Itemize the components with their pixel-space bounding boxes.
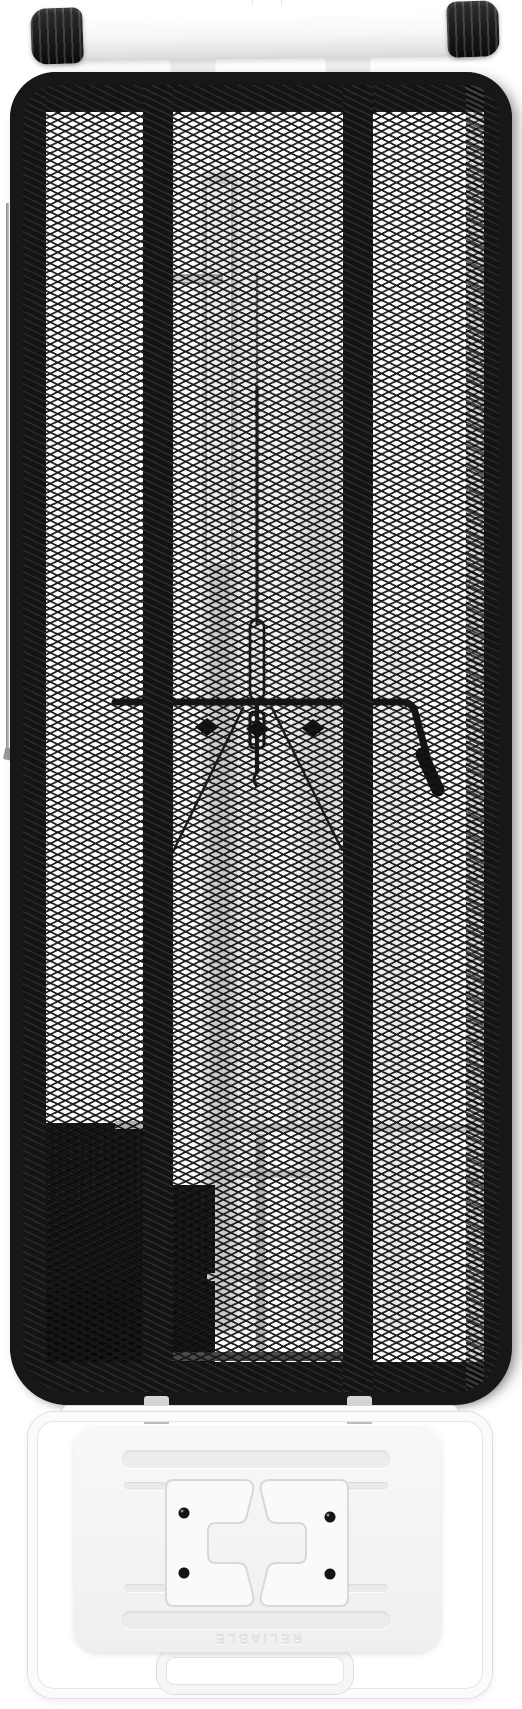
screw-highlight — [181, 1510, 184, 1513]
product-photo: RELIABLE — [0, 0, 522, 1709]
hanger-end-cap-right — [446, 0, 500, 58]
base-handle — [157, 1648, 353, 1694]
door-hook-rod — [6, 203, 9, 751]
board-frame — [10, 72, 512, 1405]
mounting-bracket-right — [261, 1480, 348, 1606]
hanger-tube — [34, 2, 495, 62]
screw — [179, 1508, 190, 1519]
mesh-board — [10, 72, 512, 1405]
embossed-brand-text: RELIABLE — [74, 1630, 441, 1648]
mounting-cutout — [74, 1424, 441, 1652]
screw-highlight — [327, 1514, 330, 1517]
screw — [179, 1568, 190, 1579]
screw — [325, 1569, 336, 1580]
screw — [325, 1512, 336, 1523]
hanger-end-cap-left — [30, 7, 84, 65]
mounting-bracket-left — [166, 1480, 253, 1606]
iron-rest-tray: RELIABLE — [74, 1424, 441, 1652]
